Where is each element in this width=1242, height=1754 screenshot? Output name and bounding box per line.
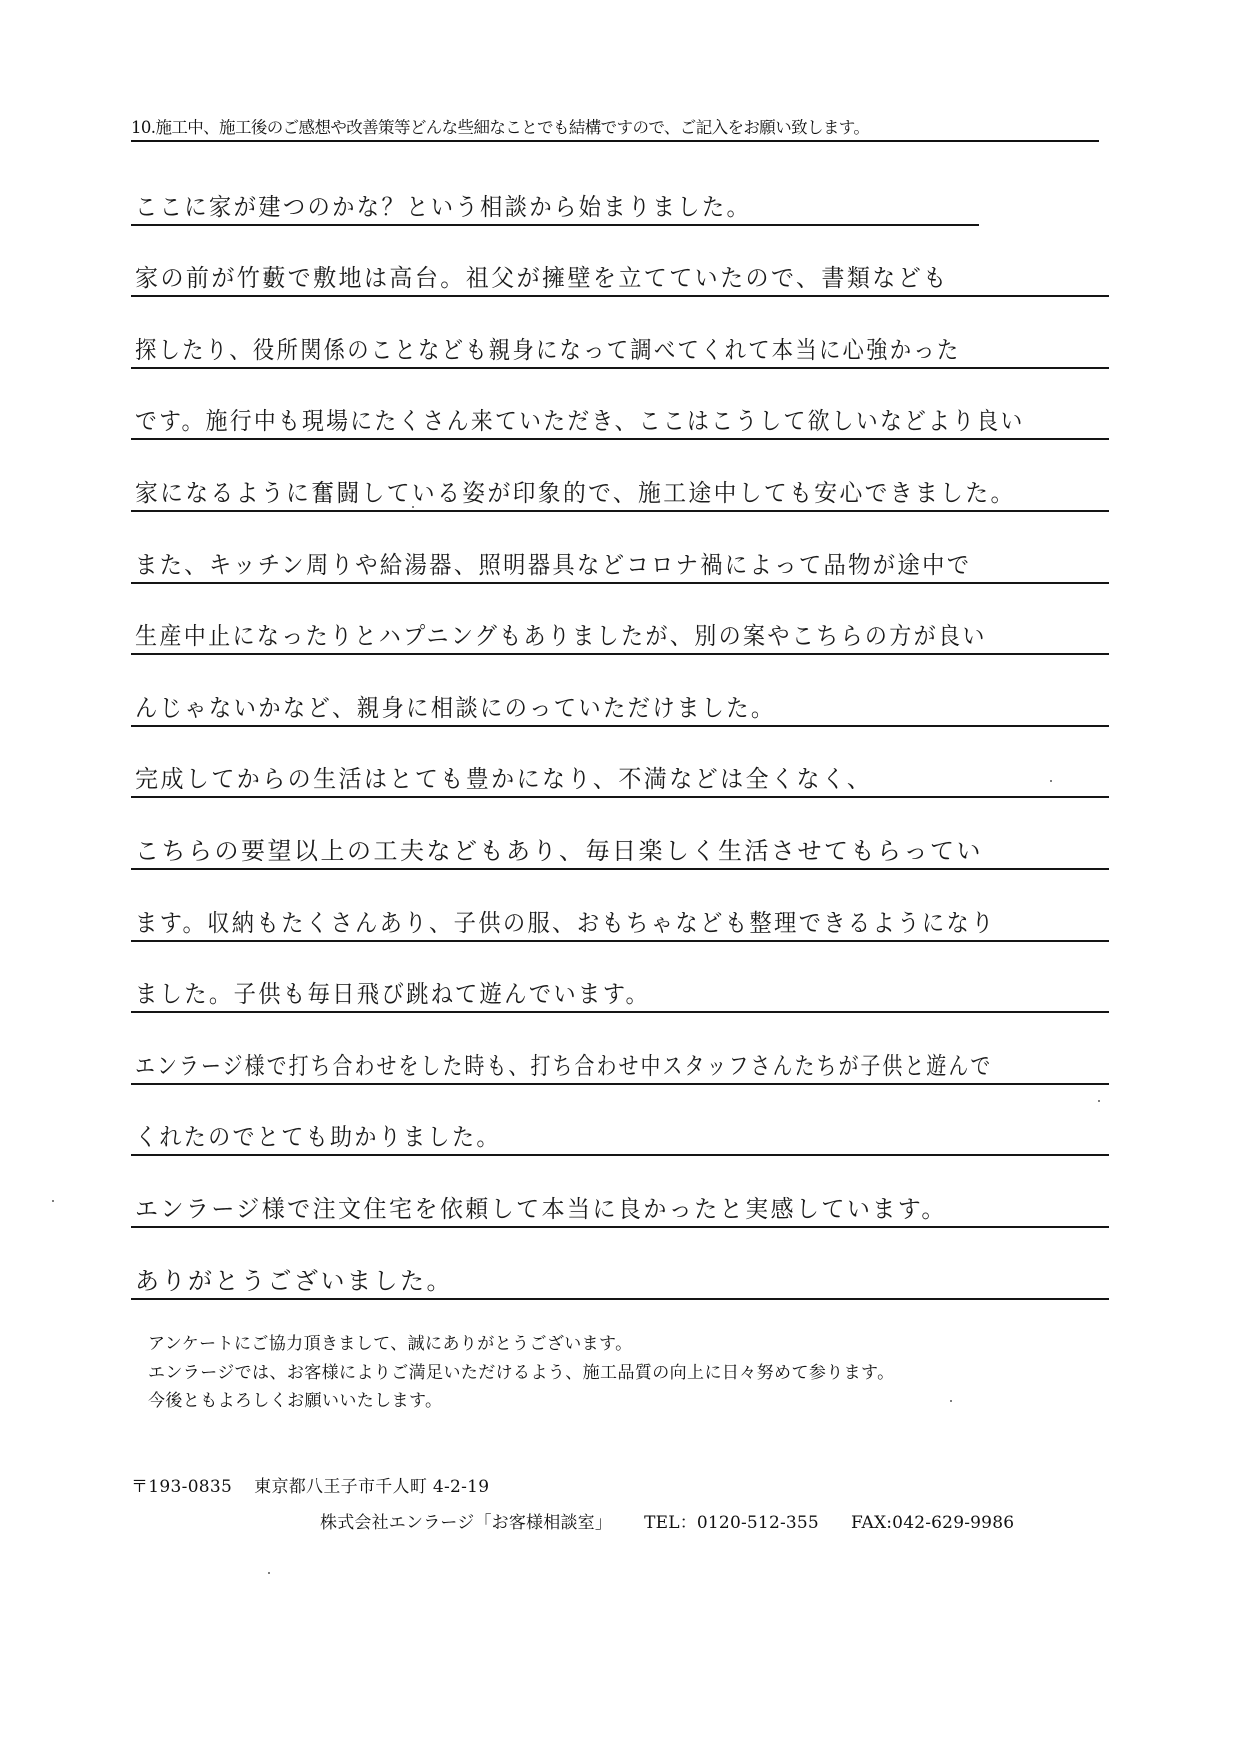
ruled-line: [131, 653, 1109, 655]
answer-line-text: ここに家が建つのかな？という相談から始まりました。: [135, 187, 751, 222]
street-address: 東京都八王子市千人町 4-2-19: [254, 1477, 489, 1497]
answer-line: また、キッチン周りや給湯器、照明器具などコロナ禍によって品物が途中で: [131, 526, 1109, 598]
ruled-line: [131, 1154, 1109, 1156]
ruled-line: [131, 1226, 1109, 1228]
answer-line-text: ました。子供も毎日飛び跳ねて遊んでいます。: [135, 974, 650, 1009]
answer-line-text: こちらの要望以上の工夫などもあり、毎日楽しく生活させてもらってい: [135, 831, 983, 866]
answer-line-text: また、キッチン周りや給湯器、照明器具などコロナ禍によって品物が途中で: [135, 545, 971, 580]
answer-line-text: 生産中止になったりとハプニングもありましたが、別の案やこちらの方が良い: [135, 616, 987, 651]
closing-message: アンケートにご協力頂きまして、誠にありがとうございます。 エンラージでは、お客様…: [148, 1330, 895, 1416]
answer-line: 生産中止になったりとハプニングもありましたが、別の案やこちらの方が良い: [131, 598, 1109, 670]
answer-line: ました。子供も毎日飛び跳ねて遊んでいます。: [131, 956, 1109, 1028]
ruled-line: [131, 582, 1109, 584]
answer-line-text: です。施行中も現場にたくさん来ていただき、ここはこうして欲しいなどより良い: [135, 401, 1025, 436]
phone-number: TEL：0120-512-355: [644, 1513, 819, 1533]
answer-line: 探したり、役所関係のことなども親身になって調べてくれて本当に心強かった: [131, 311, 1109, 383]
company-name: 株式会社エンラージ「お客様相談室」: [320, 1513, 612, 1533]
closing-line: アンケートにご協力頂きまして、誠にありがとうございます。: [148, 1330, 895, 1359]
answer-line: エンラージ様で打ち合わせをした時も、打ち合わせ中スタッフさんたちが子供と遊んで: [131, 1027, 1109, 1099]
scan-artifact: [412, 506, 414, 508]
company-contact: 株式会社エンラージ「お客様相談室」TEL：0120-512-355FAX:042…: [320, 1508, 1014, 1533]
scan-artifact: [52, 1200, 54, 1202]
ruled-line: [131, 725, 1109, 727]
answer-line: 家の前が竹藪で敷地は高台。祖父が擁壁を立てていたので、書類なども: [131, 240, 1109, 312]
ruled-line: [131, 224, 979, 226]
answer-line-text: 家になるように奮闘している姿が印象的で、施工途中しても安心できました。: [135, 473, 1016, 508]
scan-artifact: [1050, 780, 1052, 782]
answer-line: んじゃないかなど、親身に相談にのっていただけました。: [131, 669, 1109, 741]
ruled-line: [131, 367, 1109, 369]
handwritten-answer-area: ここに家が建つのかな？という相談から始まりました。 家の前が竹藪で敷地は高台。祖…: [131, 168, 1109, 1314]
ruled-line: [131, 868, 1109, 870]
answer-line-text: エンラージ様で注文住宅を依頼して本当に良かったと実感しています。: [135, 1189, 947, 1224]
answer-line-text: 探したり、役所関係のことなども親身になって調べてくれて本当に心強かった: [135, 330, 960, 365]
ruled-line: [131, 438, 1109, 440]
answer-line-text: 家の前が竹藪で敷地は高台。祖父が擁壁を立てていたので、書類なども: [135, 258, 949, 293]
answer-line: エンラージ様で注文住宅を依頼して本当に良かったと実感しています。: [131, 1170, 1109, 1242]
ruled-line: [131, 1298, 1109, 1300]
ruled-line: [131, 295, 1109, 297]
postal-code: 〒193-0835: [131, 1477, 232, 1497]
answer-line-text: エンラージ様で打ち合わせをした時も、打ち合わせ中スタッフさんたちが子供と遊んで: [135, 1046, 992, 1081]
answer-line: こちらの要望以上の工夫などもあり、毎日楽しく生活させてもらってい: [131, 812, 1109, 884]
answer-line: 完成してからの生活はとても豊かになり、不満などは全くなく、: [131, 741, 1109, 813]
answer-line-text: ます。収納もたくさんあり、子供の服、おもちゃなども整理できるようになり: [135, 903, 996, 938]
ruled-line: [131, 1083, 1109, 1085]
answer-line: ここに家が建つのかな？という相談から始まりました。: [131, 168, 1109, 240]
scan-artifact: [268, 1572, 270, 1574]
closing-line: エンラージでは、お客様によりご満足いただけるよう、施工品質の向上に日々努めて参り…: [148, 1359, 895, 1388]
closing-line: 今後ともよろしくお願いいたします。: [148, 1387, 895, 1416]
answer-line-text: くれたのでとても助かりました。: [135, 1117, 501, 1152]
answer-line: 家になるように奮闘している姿が印象的で、施工途中しても安心できました。: [131, 454, 1109, 526]
answer-line-text: んじゃないかなど、親身に相談にのっていただけました。: [135, 688, 776, 723]
ruled-line: [131, 1011, 1109, 1013]
scan-artifact: [1098, 1100, 1100, 1102]
answer-line-text: ありがとうございました。: [135, 1261, 453, 1296]
ruled-line: [131, 796, 1109, 798]
question-heading: 10.施工中、施工後のご感想や改善策等どんな些細なことでも結構ですので、ご記入を…: [131, 118, 1099, 142]
answer-line-text: 完成してからの生活はとても豊かになり、不満などは全くなく、: [135, 759, 872, 794]
answer-line: です。施行中も現場にたくさん来ていただき、ここはこうして欲しいなどより良い: [131, 383, 1109, 455]
answer-line: ます。収納もたくさんあり、子供の服、おもちゃなども整理できるようになり: [131, 884, 1109, 956]
ruled-line: [131, 510, 1109, 512]
scan-artifact: [950, 1400, 952, 1402]
company-address: 〒193-0835東京都八王子市千人町 4-2-19: [131, 1472, 489, 1497]
answer-line: ありがとうございました。: [131, 1242, 1109, 1314]
ruled-line: [131, 940, 1109, 942]
fax-number: FAX:042-629-9986: [851, 1513, 1014, 1533]
scanned-questionnaire-page: 10.施工中、施工後のご感想や改善策等どんな些細なことでも結構ですので、ご記入を…: [0, 0, 1242, 1754]
answer-line: くれたのでとても助かりました。: [131, 1099, 1109, 1171]
